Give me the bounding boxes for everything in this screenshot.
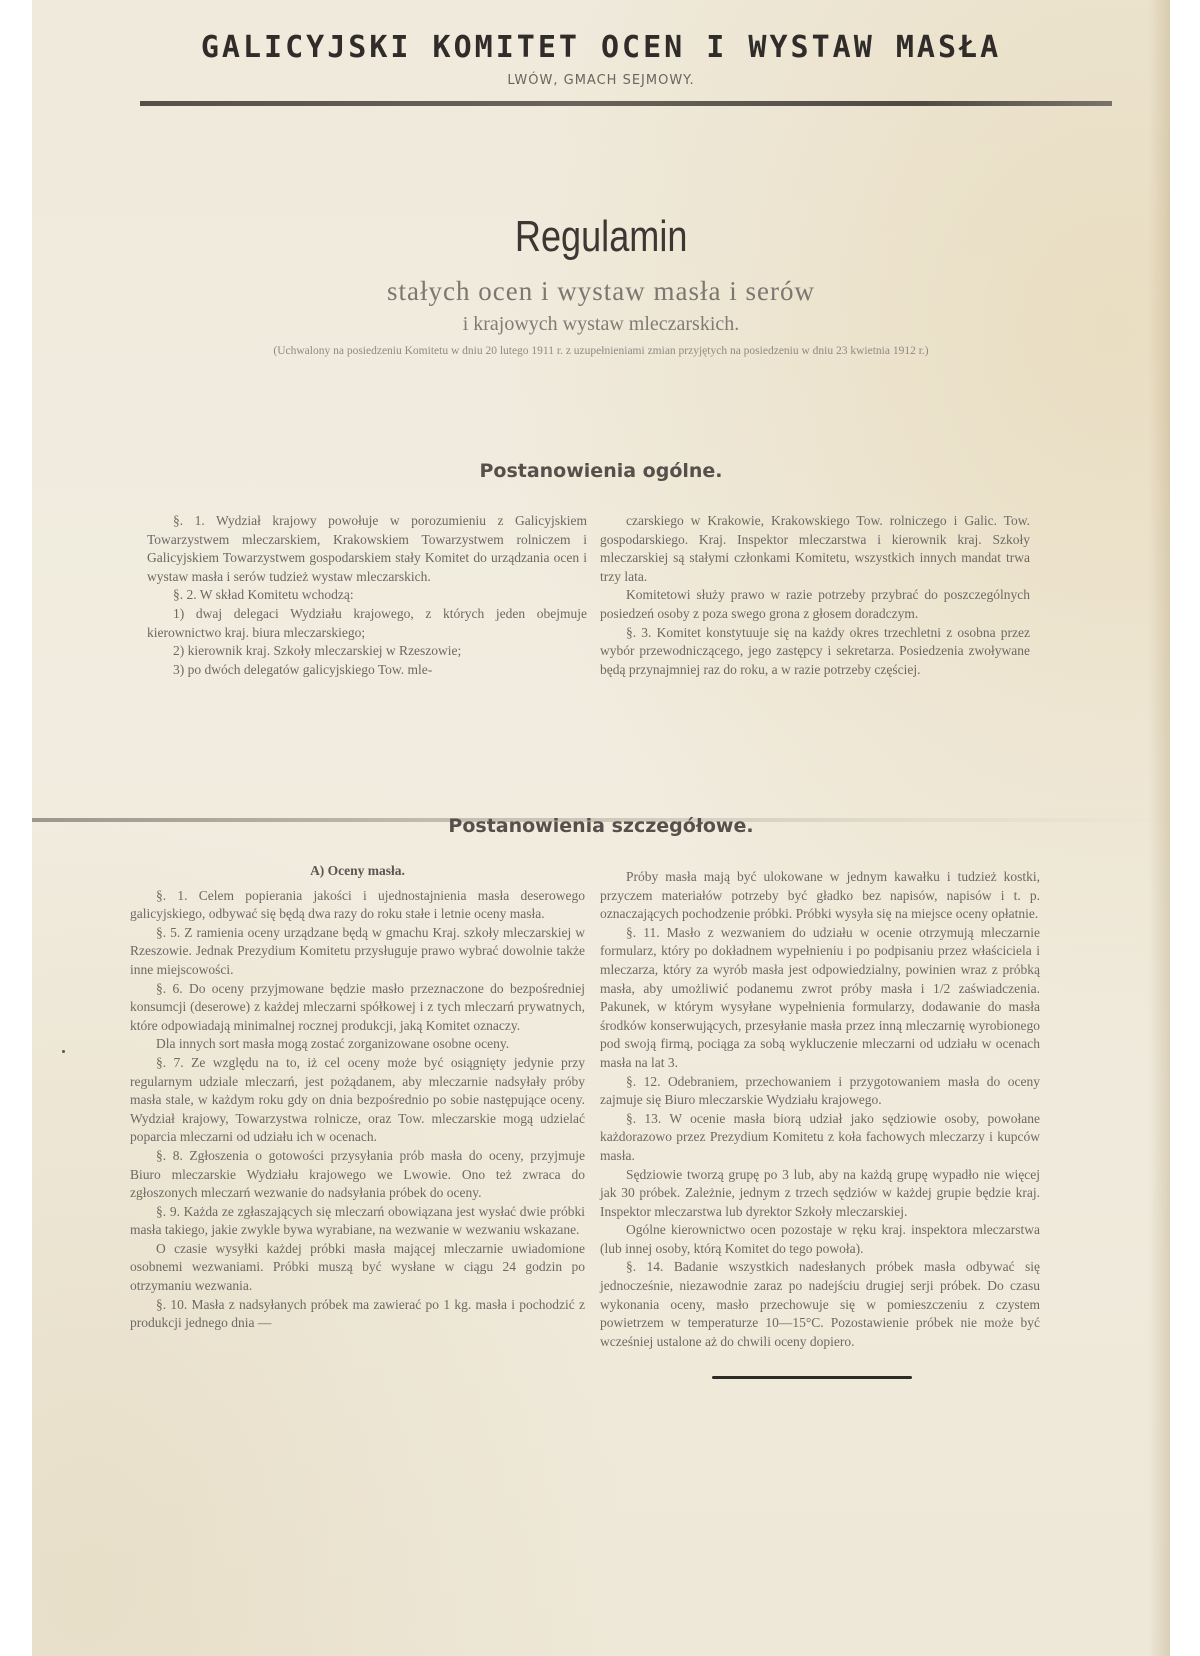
detailed-left-column: A) Oceny masła. §. 1. Celem popierania j…	[130, 862, 585, 1333]
paragraph: Próby masła mają być ulokowane w jednym …	[600, 868, 1040, 924]
general-right-column: czarskiego w Krakowie, Krakowskiego Tow.…	[600, 512, 1030, 679]
paragraph: czarskiego w Krakowie, Krakowskiego Tow.…	[600, 512, 1030, 586]
document-page: GALICYJSKI KOMITET OCEN I WYSTAW MASŁA L…	[32, 0, 1170, 1656]
paragraph: §. 11. Masło z wezwaniem do udziału w oc…	[600, 924, 1040, 1073]
paragraph: O czasie wysyłki każdej próbki masła maj…	[130, 1240, 585, 1296]
paragraph: §. 8. Zgłoszenia o gotowości przysyłania…	[130, 1147, 585, 1203]
paragraph: §. 7. Ze względu na to, iż cel oceny moż…	[130, 1054, 585, 1147]
paragraph: 2) kierownik kraj. Szkoły mleczarskiej w…	[147, 642, 587, 661]
paragraph: Dla innych sort masła mogą zostać zorgan…	[130, 1035, 585, 1054]
detailed-right-column: Próby masła mają być ulokowane w jednym …	[600, 868, 1040, 1351]
paragraph: Sędziowie tworzą grupę po 3 lub, aby na …	[600, 1166, 1040, 1222]
paragraph: §. 14. Badanie wszystkich nadesłanych pr…	[600, 1258, 1040, 1351]
paragraph: 1) dwaj delegaci Wydziału krajowego, z k…	[147, 605, 587, 642]
subsection-heading: A) Oceny masła.	[130, 862, 585, 881]
adoption-note: (Uchwalony na posiedzeniu Komitetu w dni…	[171, 344, 1031, 359]
paragraph: Komitetowi służy prawo w razie potrzeby …	[600, 586, 1030, 623]
section-heading-general: Postanowienia ogólne.	[32, 460, 1170, 482]
section-heading-detailed: Postanowienia szczegółowe.	[32, 815, 1170, 837]
paragraph: §. 2. W skład Komitetu wchodzą:	[147, 586, 587, 605]
paragraph: Ogólne kierownictwo ocen pozostaje w ręk…	[600, 1221, 1040, 1258]
paragraph: §. 1. Wydział krajowy powołuje w porozum…	[147, 512, 587, 586]
masthead: GALICYJSKI KOMITET OCEN I WYSTAW MASŁA L…	[32, 30, 1170, 88]
title-block: Regulamin stałych ocen i wystaw masła i …	[32, 212, 1170, 359]
masthead-rule	[140, 101, 1112, 106]
general-left-column: §. 1. Wydział krajowy powołuje w porozum…	[147, 512, 587, 679]
paragraph: §. 12. Odebraniem, przechowaniem i przyg…	[600, 1073, 1040, 1110]
paragraph: §. 10. Masła z nadsyłanych próbek ma zaw…	[130, 1296, 585, 1333]
paragraph: §. 13. W ocenie masła biorą udział jako …	[600, 1110, 1040, 1166]
paragraph: 3) po dwóch delegatów galicyjskiego Tow.…	[147, 661, 587, 680]
document-subtitle-2: i krajowych wystaw mleczarskich.	[32, 313, 1170, 336]
organization-address: LWÓW, GMACH SEJMOWY.	[32, 73, 1170, 88]
paragraph: §. 1. Celem popierania jakości i ujednos…	[130, 887, 585, 924]
ink-speck	[62, 1050, 65, 1053]
paragraph: §. 9. Każda ze zgłaszających się mleczar…	[130, 1203, 585, 1240]
organization-name: GALICYJSKI KOMITET OCEN I WYSTAW MASŁA	[32, 30, 1170, 65]
document-subtitle: stałych ocen i wystaw masła i serów	[32, 276, 1170, 307]
paragraph: §. 6. Do oceny przyjmowane będzie masło …	[130, 980, 585, 1036]
handwritten-underline	[712, 1376, 912, 1379]
paragraph: §. 3. Komitet konstytuuje się na każdy o…	[600, 624, 1030, 680]
paragraph: §. 5. Z ramienia oceny urządzane będą w …	[130, 924, 585, 980]
document-title: Regulamin	[515, 212, 687, 262]
